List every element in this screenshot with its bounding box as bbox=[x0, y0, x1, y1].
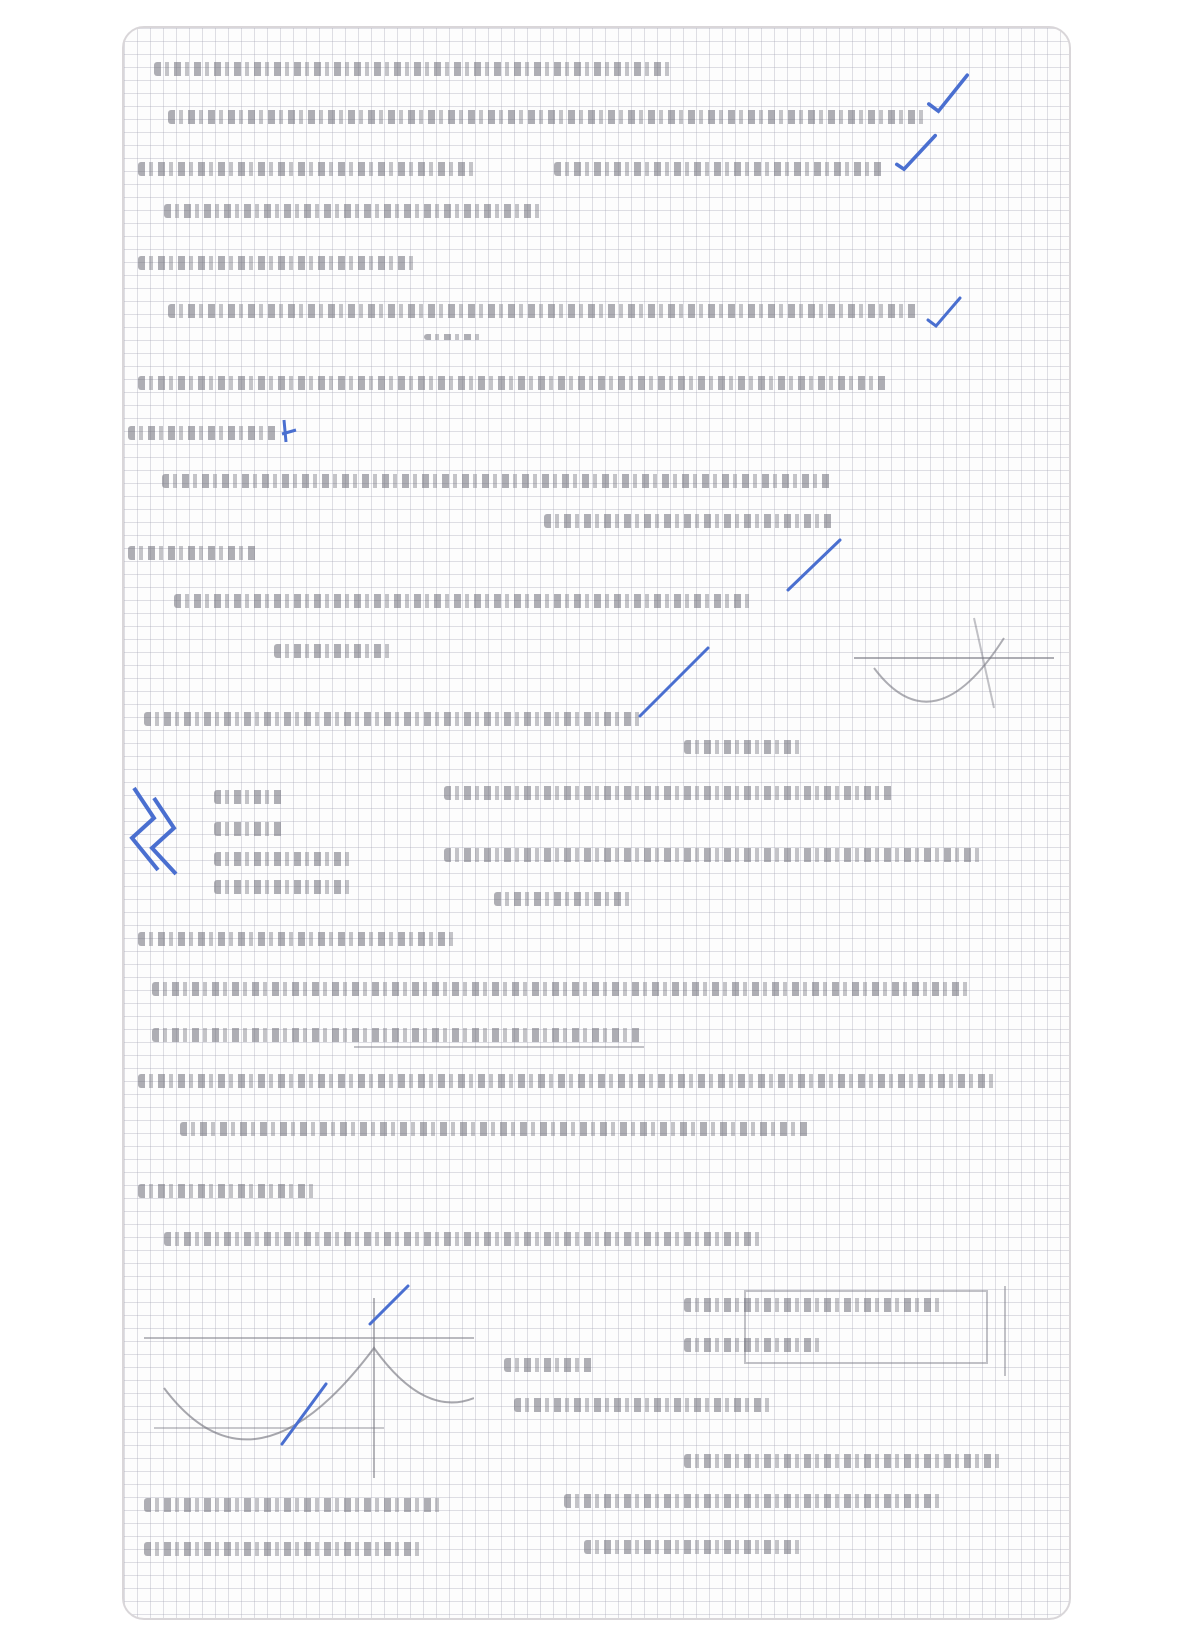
handwritten-line bbox=[138, 376, 888, 390]
handwritten-line bbox=[544, 514, 834, 528]
handwritten-line bbox=[138, 1184, 318, 1198]
handwritten-line bbox=[684, 1454, 1004, 1468]
handwritten-line bbox=[684, 1338, 824, 1352]
checkmark-icon bbox=[364, 1280, 414, 1330]
handwritten-line bbox=[138, 1074, 998, 1088]
answer-sheet bbox=[122, 26, 1071, 1620]
handwritten-line bbox=[554, 162, 884, 176]
grader-mark-icon bbox=[278, 416, 304, 446]
handwritten-line bbox=[444, 786, 894, 800]
handwritten-line bbox=[174, 594, 754, 608]
handwritten-line bbox=[164, 1232, 764, 1246]
handwritten-line bbox=[144, 712, 644, 726]
handwritten-line bbox=[164, 204, 544, 218]
underline-box bbox=[354, 1024, 644, 1048]
checkmark-icon bbox=[784, 536, 844, 596]
handwritten-line bbox=[168, 110, 928, 124]
handwritten-line bbox=[128, 546, 258, 560]
handwritten-line bbox=[214, 822, 284, 836]
fraction-bar bbox=[424, 334, 484, 340]
checkmark-icon bbox=[634, 642, 714, 722]
handwritten-line bbox=[214, 880, 354, 894]
sign-table bbox=[744, 1290, 988, 1364]
handwritten-line bbox=[162, 474, 832, 488]
handwritten-line bbox=[154, 62, 674, 76]
checkmark-icon bbox=[274, 1378, 334, 1448]
handwritten-line bbox=[444, 848, 984, 862]
handwritten-line bbox=[144, 1498, 444, 1512]
handwritten-line bbox=[138, 932, 458, 946]
handwritten-line bbox=[494, 892, 634, 906]
handwritten-line bbox=[684, 740, 804, 754]
checkmark-icon bbox=[924, 290, 964, 330]
handwritten-line bbox=[128, 426, 278, 440]
margin-note-icon bbox=[124, 778, 204, 878]
handwritten-line bbox=[144, 1542, 424, 1556]
handwritten-line bbox=[138, 162, 478, 176]
handwritten-line bbox=[504, 1358, 594, 1372]
handwritten-line bbox=[138, 256, 418, 270]
handwritten-line bbox=[564, 1494, 944, 1508]
checkmark-icon bbox=[892, 126, 940, 174]
handwritten-line bbox=[214, 852, 354, 866]
parabola-sketch bbox=[854, 608, 1054, 718]
handwritten-line bbox=[214, 790, 284, 804]
handwritten-line bbox=[180, 1122, 810, 1136]
handwritten-line bbox=[168, 304, 918, 318]
handwritten-line bbox=[584, 1540, 804, 1554]
handwritten-line bbox=[274, 644, 394, 658]
handwritten-line bbox=[514, 1398, 774, 1412]
handwritten-line bbox=[152, 982, 972, 996]
sign-table bbox=[1004, 1286, 1066, 1376]
checkmark-icon bbox=[924, 68, 972, 116]
